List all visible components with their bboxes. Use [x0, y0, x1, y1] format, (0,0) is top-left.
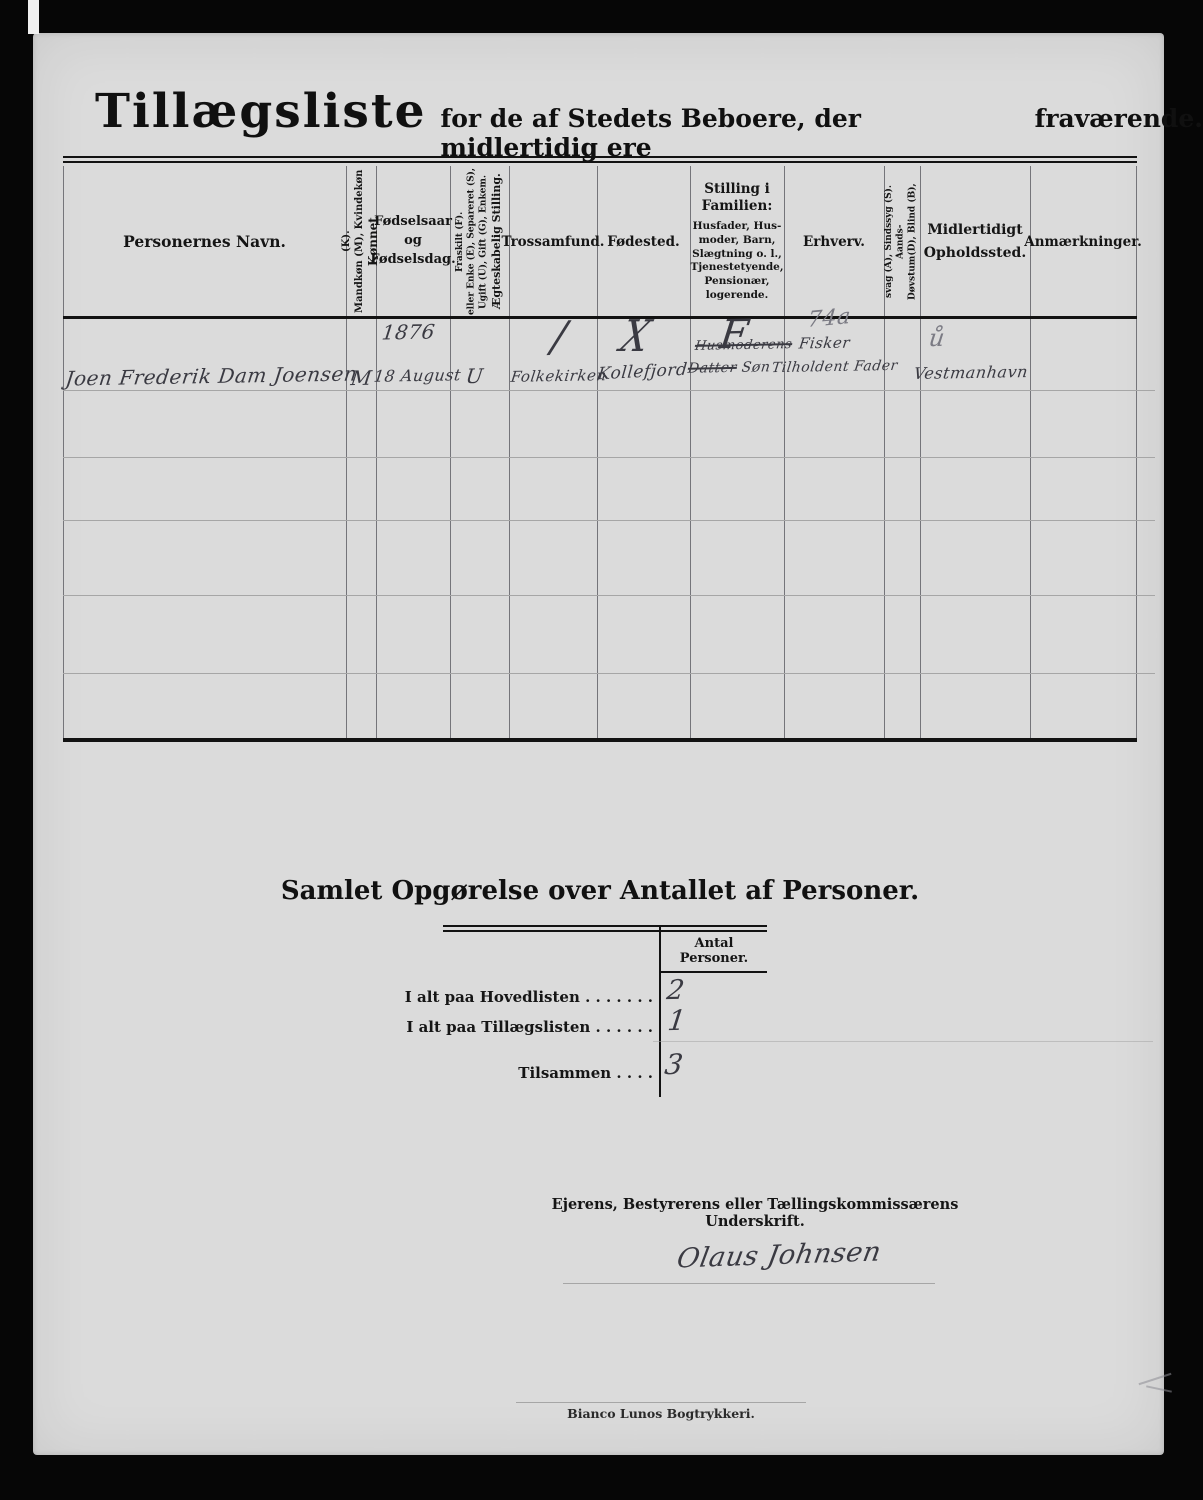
row-line — [63, 595, 1155, 596]
col-header-trossamfund: Trossamfund. — [509, 166, 597, 317]
entry-name: Joen Frederik Dam Joensen — [64, 361, 359, 390]
entry-birth-day: 18 August — [373, 365, 463, 386]
page-title: Tillægsliste for de af Stedets Beboere, … — [95, 84, 1203, 162]
row-line — [63, 673, 1155, 674]
summary-row-value: 2 — [665, 975, 687, 1006]
title-emphasis: fraværende. — [1035, 104, 1203, 133]
summary-row-label: Tilsammen . . . . — [395, 1064, 653, 1082]
doevstum-line: svag (A), Sindssyg (S). — [884, 166, 896, 317]
entry-birth-year: 1876 — [380, 320, 436, 345]
summary-col-header: Antal Personer. — [662, 936, 766, 966]
entry-sex: M — [349, 366, 373, 390]
title-rest: for de af Stedets Beboere, der midlertid… — [440, 104, 1024, 162]
col-header-navn: Personernes Navn. — [63, 166, 346, 317]
entry-pencil-note: 74a — [807, 304, 852, 333]
header-bottom-rule — [63, 316, 1137, 319]
scan-edge-artifact — [28, 0, 39, 34]
stilling-sub: Husfader, Hus- moder, Barn, Slægtning o.… — [691, 220, 784, 302]
signature-caption: Ejerens, Bestyrerens eller Tællingskommi… — [545, 1196, 965, 1230]
entry-marital-status: U — [465, 364, 485, 388]
aegteskab-sub: Ugift (U), Gift (G), Enkem. — [478, 168, 490, 315]
table-bottom-rule — [63, 738, 1137, 742]
title-rule-bottom — [63, 161, 1137, 163]
summary-title: Samlet Opgørelse over Antallet af Person… — [63, 876, 1137, 906]
summary-row-label: I alt paa Hovedlisten . . . . . . . — [395, 988, 653, 1006]
row-line — [63, 390, 1155, 391]
entry-family-struck: Datter — [687, 360, 738, 377]
summary-row-label: I alt paa Tillægslisten . . . . . . — [395, 1018, 653, 1036]
summary-colhead-rule — [659, 971, 767, 973]
summary-rule-top — [443, 925, 767, 927]
entry-family-position: Datter Søn — [687, 359, 771, 376]
title-main: Tillægsliste — [95, 84, 426, 139]
table-border-right — [1136, 166, 1137, 741]
printer-rule — [516, 1402, 806, 1403]
col-header-erhverv: Erhverv. — [784, 166, 884, 317]
col-header-foedsel: Fødselsaar og Fødselsdag. — [376, 166, 450, 317]
scanned-census-page: Tillægsliste for de af Stedets Beboere, … — [0, 0, 1203, 1500]
entry-occupation: Fisker — [798, 334, 851, 353]
col-header-midlertidigt: Midlertidigt Opholdssted. — [920, 166, 1030, 317]
col-header-doevstum: Døvstum(D), Blind (B), Aands- svag (A), … — [884, 166, 920, 317]
col-header-anmaerkninger: Anmærkninger. — [1030, 166, 1136, 317]
stilling-title: Stilling i Familien: — [702, 181, 773, 215]
entry-religion: Folkekirken — [510, 366, 608, 386]
col-header-foedested: Fødested. — [597, 166, 690, 317]
title-rule-top — [63, 156, 1137, 158]
aegteskab-sub: Fraskilt (F). — [455, 168, 467, 315]
koennet-sub: Mandkøn (M), Kvindekøn (K). — [340, 166, 366, 317]
row-line — [63, 457, 1155, 458]
summary-rule-top2 — [443, 930, 767, 932]
entry-family-struck: Husmoderens — [694, 337, 793, 354]
pencil-line — [653, 1041, 1153, 1042]
signature-line — [563, 1283, 935, 1284]
doevstum-line: Døvstum(D), Blind (B), Aands- — [896, 166, 919, 317]
entry-family-kept: Søn — [741, 359, 772, 375]
row-line — [63, 520, 1155, 521]
summary-divider — [659, 925, 661, 1097]
col-header-aegteskab: Ægteskabelig Stilling. Ugift (U), Gift (… — [450, 166, 509, 317]
entry-temporary-residence: Vestmanhavn — [913, 362, 1030, 383]
entry-occupation-2: Tilholdent Fader — [771, 358, 899, 376]
printer-imprint: Bianco Lunos Bogtrykkeri. — [516, 1406, 806, 1421]
col-header-stilling: Stilling i Familien: Husfader, Hus- mode… — [690, 166, 784, 317]
aegteskab-sub: eller Enke (E), Separeret (S), — [467, 168, 479, 315]
